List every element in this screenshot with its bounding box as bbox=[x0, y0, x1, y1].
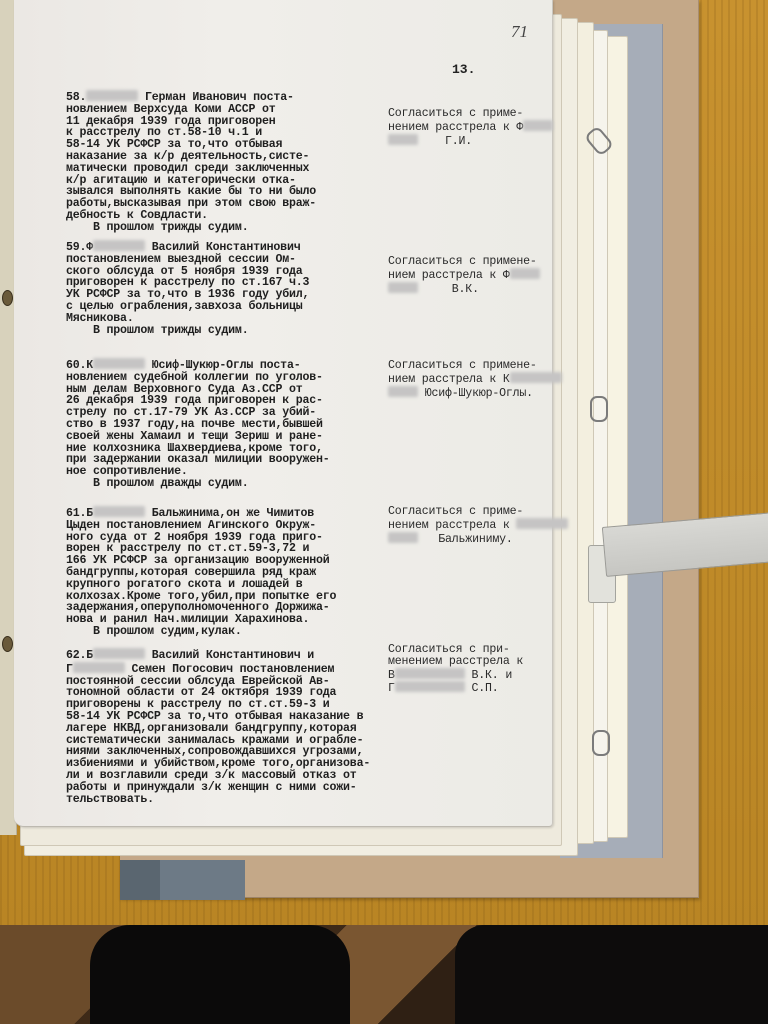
redacted-surname bbox=[388, 386, 418, 397]
redacted-surname bbox=[395, 668, 465, 679]
redacted-surname bbox=[523, 120, 553, 131]
redacted-surname bbox=[395, 681, 465, 692]
paperclip-icon bbox=[590, 396, 608, 422]
entry-62: 62.Б Василий Константинович и Г Семен По… bbox=[66, 648, 370, 805]
resolution-61: Согласиться с приме- нением расстрела к … bbox=[388, 506, 568, 545]
redacted-surname bbox=[93, 648, 145, 659]
redacted-surname bbox=[388, 532, 418, 543]
redacted-surname bbox=[93, 358, 145, 369]
folio-number: 71 bbox=[511, 22, 528, 42]
redacted-surname bbox=[86, 90, 138, 101]
redacted-surname bbox=[388, 282, 418, 293]
shadow-left bbox=[90, 925, 350, 1024]
entry-60: 60.К Юсиф-Шукюр-Оглы поста- новлением су… bbox=[66, 358, 330, 490]
entry-61: 61.Б Бальжинима,он же Чимитов Цыден пост… bbox=[66, 506, 336, 638]
resolution-58: Согласиться с приме- нением расстрела к … bbox=[388, 108, 553, 147]
binding-hole-icon bbox=[2, 636, 13, 652]
resolution-60: Согласиться с примене- нием расстрела к … bbox=[388, 360, 562, 399]
redacted-surname bbox=[510, 268, 540, 279]
redacted-surname bbox=[73, 662, 125, 673]
paperclip-icon bbox=[592, 730, 610, 756]
redacted-surname bbox=[93, 240, 145, 251]
shadow-right bbox=[455, 925, 768, 1024]
typed-document-page: 71 13. 58. Герман Иванович поста- новлен… bbox=[14, 0, 553, 827]
page-number: 13. bbox=[452, 62, 475, 77]
redacted-surname bbox=[93, 506, 145, 517]
folder-spine-tab bbox=[160, 860, 245, 900]
entry-58: 58. Герман Иванович поста- новлением Вер… bbox=[66, 90, 316, 234]
redacted-surname bbox=[516, 518, 568, 529]
entry-59: 59.Ф Василий Константинович постановлени… bbox=[66, 240, 309, 336]
redacted-surname bbox=[388, 134, 418, 145]
resolution-62: Согласиться с при- менением расстрела к … bbox=[388, 644, 523, 695]
redacted-surname bbox=[510, 372, 562, 383]
binding-hole-icon bbox=[2, 290, 13, 306]
floor-background bbox=[0, 925, 768, 1024]
resolution-59: Согласиться с примене- нием расстрела к … bbox=[388, 256, 540, 295]
